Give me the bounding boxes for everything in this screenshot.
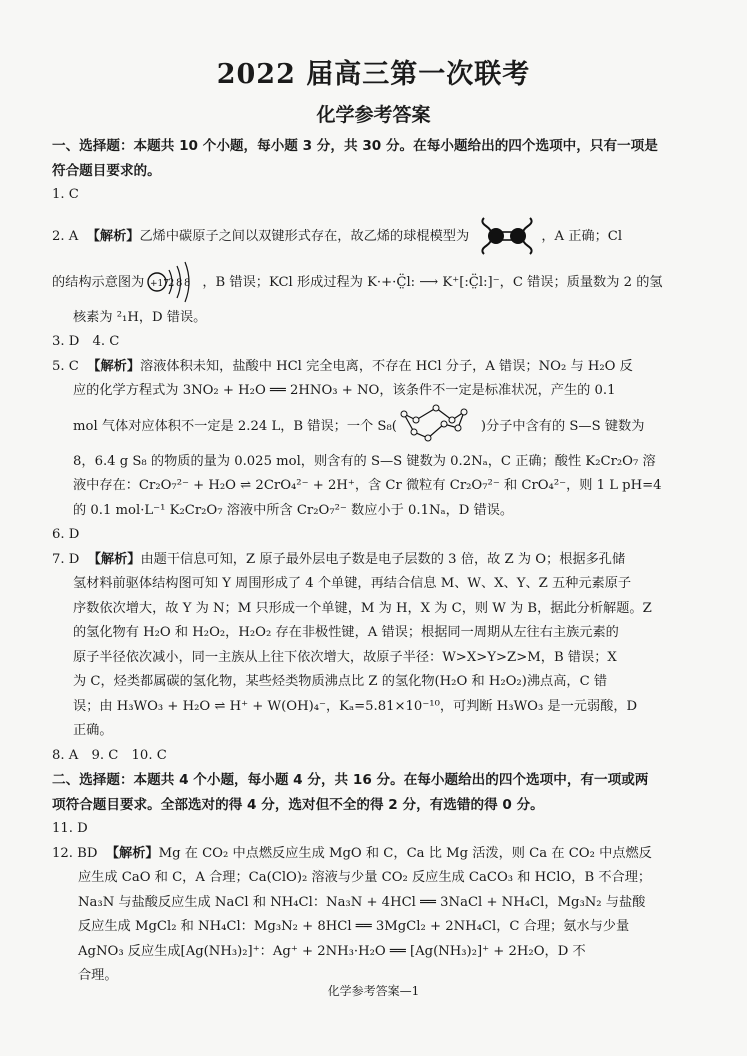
page-subtitle: 化学参考答案 (0, 100, 747, 127)
ethylene-ball-stick-icon (476, 214, 538, 258)
answer-q2: 2. A 【解析】乙烯中碳原子之间以双键形式存在，故乙烯的球棍模型为 ，A 正确… (52, 214, 698, 331)
answer-q6: 6. D (52, 523, 698, 548)
answer-q7: 7. D 【解析】由题干信息可知，Z 原子最外层电子数是电子层数的 3 倍，故 … (52, 548, 698, 744)
svg-text:8: 8 (184, 278, 190, 289)
answer-q12: 12. BD 【解析】Mg 在 CO₂ 中点燃反应生成 MgO 和 C，Ca 比… (52, 842, 698, 989)
answer-q8-q10: 8. A 9. C 10. C (52, 744, 698, 769)
answer-q3-q4: 3. D 4. C (52, 330, 698, 355)
s8-ring-icon (400, 404, 478, 448)
chlorine-atom-diagram-icon: +17 2 8 8 (147, 260, 199, 304)
svg-text:2: 2 (168, 278, 174, 289)
document-page: 2022 届高三第一次联考 化学参考答案 一、选择题：本题共 10 个小题，每小… (0, 0, 747, 1056)
answer-q11: 11. D (52, 817, 698, 842)
answer-q5: 5. C 【解析】溶液体积未知，盐酸中 HCl 完全电离，不存在 HCl 分子，… (52, 355, 698, 524)
answer-body: 一、选择题：本题共 10 个小题，每小题 3 分，共 30 分。在每小题给出的四… (52, 134, 698, 989)
section-2-heading: 二、选择题：本题共 4 个小题，每小题 4 分，共 16 分。在每小题给出的四个… (52, 768, 698, 817)
page-footer: 化学参考答案—1 (0, 982, 747, 999)
section-1-heading: 一、选择题：本题共 10 个小题，每小题 3 分，共 30 分。在每小题给出的四… (52, 134, 698, 183)
page-title: 2022 届高三第一次联考 (0, 52, 747, 91)
svg-text:+17: +17 (150, 279, 169, 289)
svg-text:8: 8 (176, 278, 182, 289)
answer-q1: 1. C (52, 183, 698, 208)
